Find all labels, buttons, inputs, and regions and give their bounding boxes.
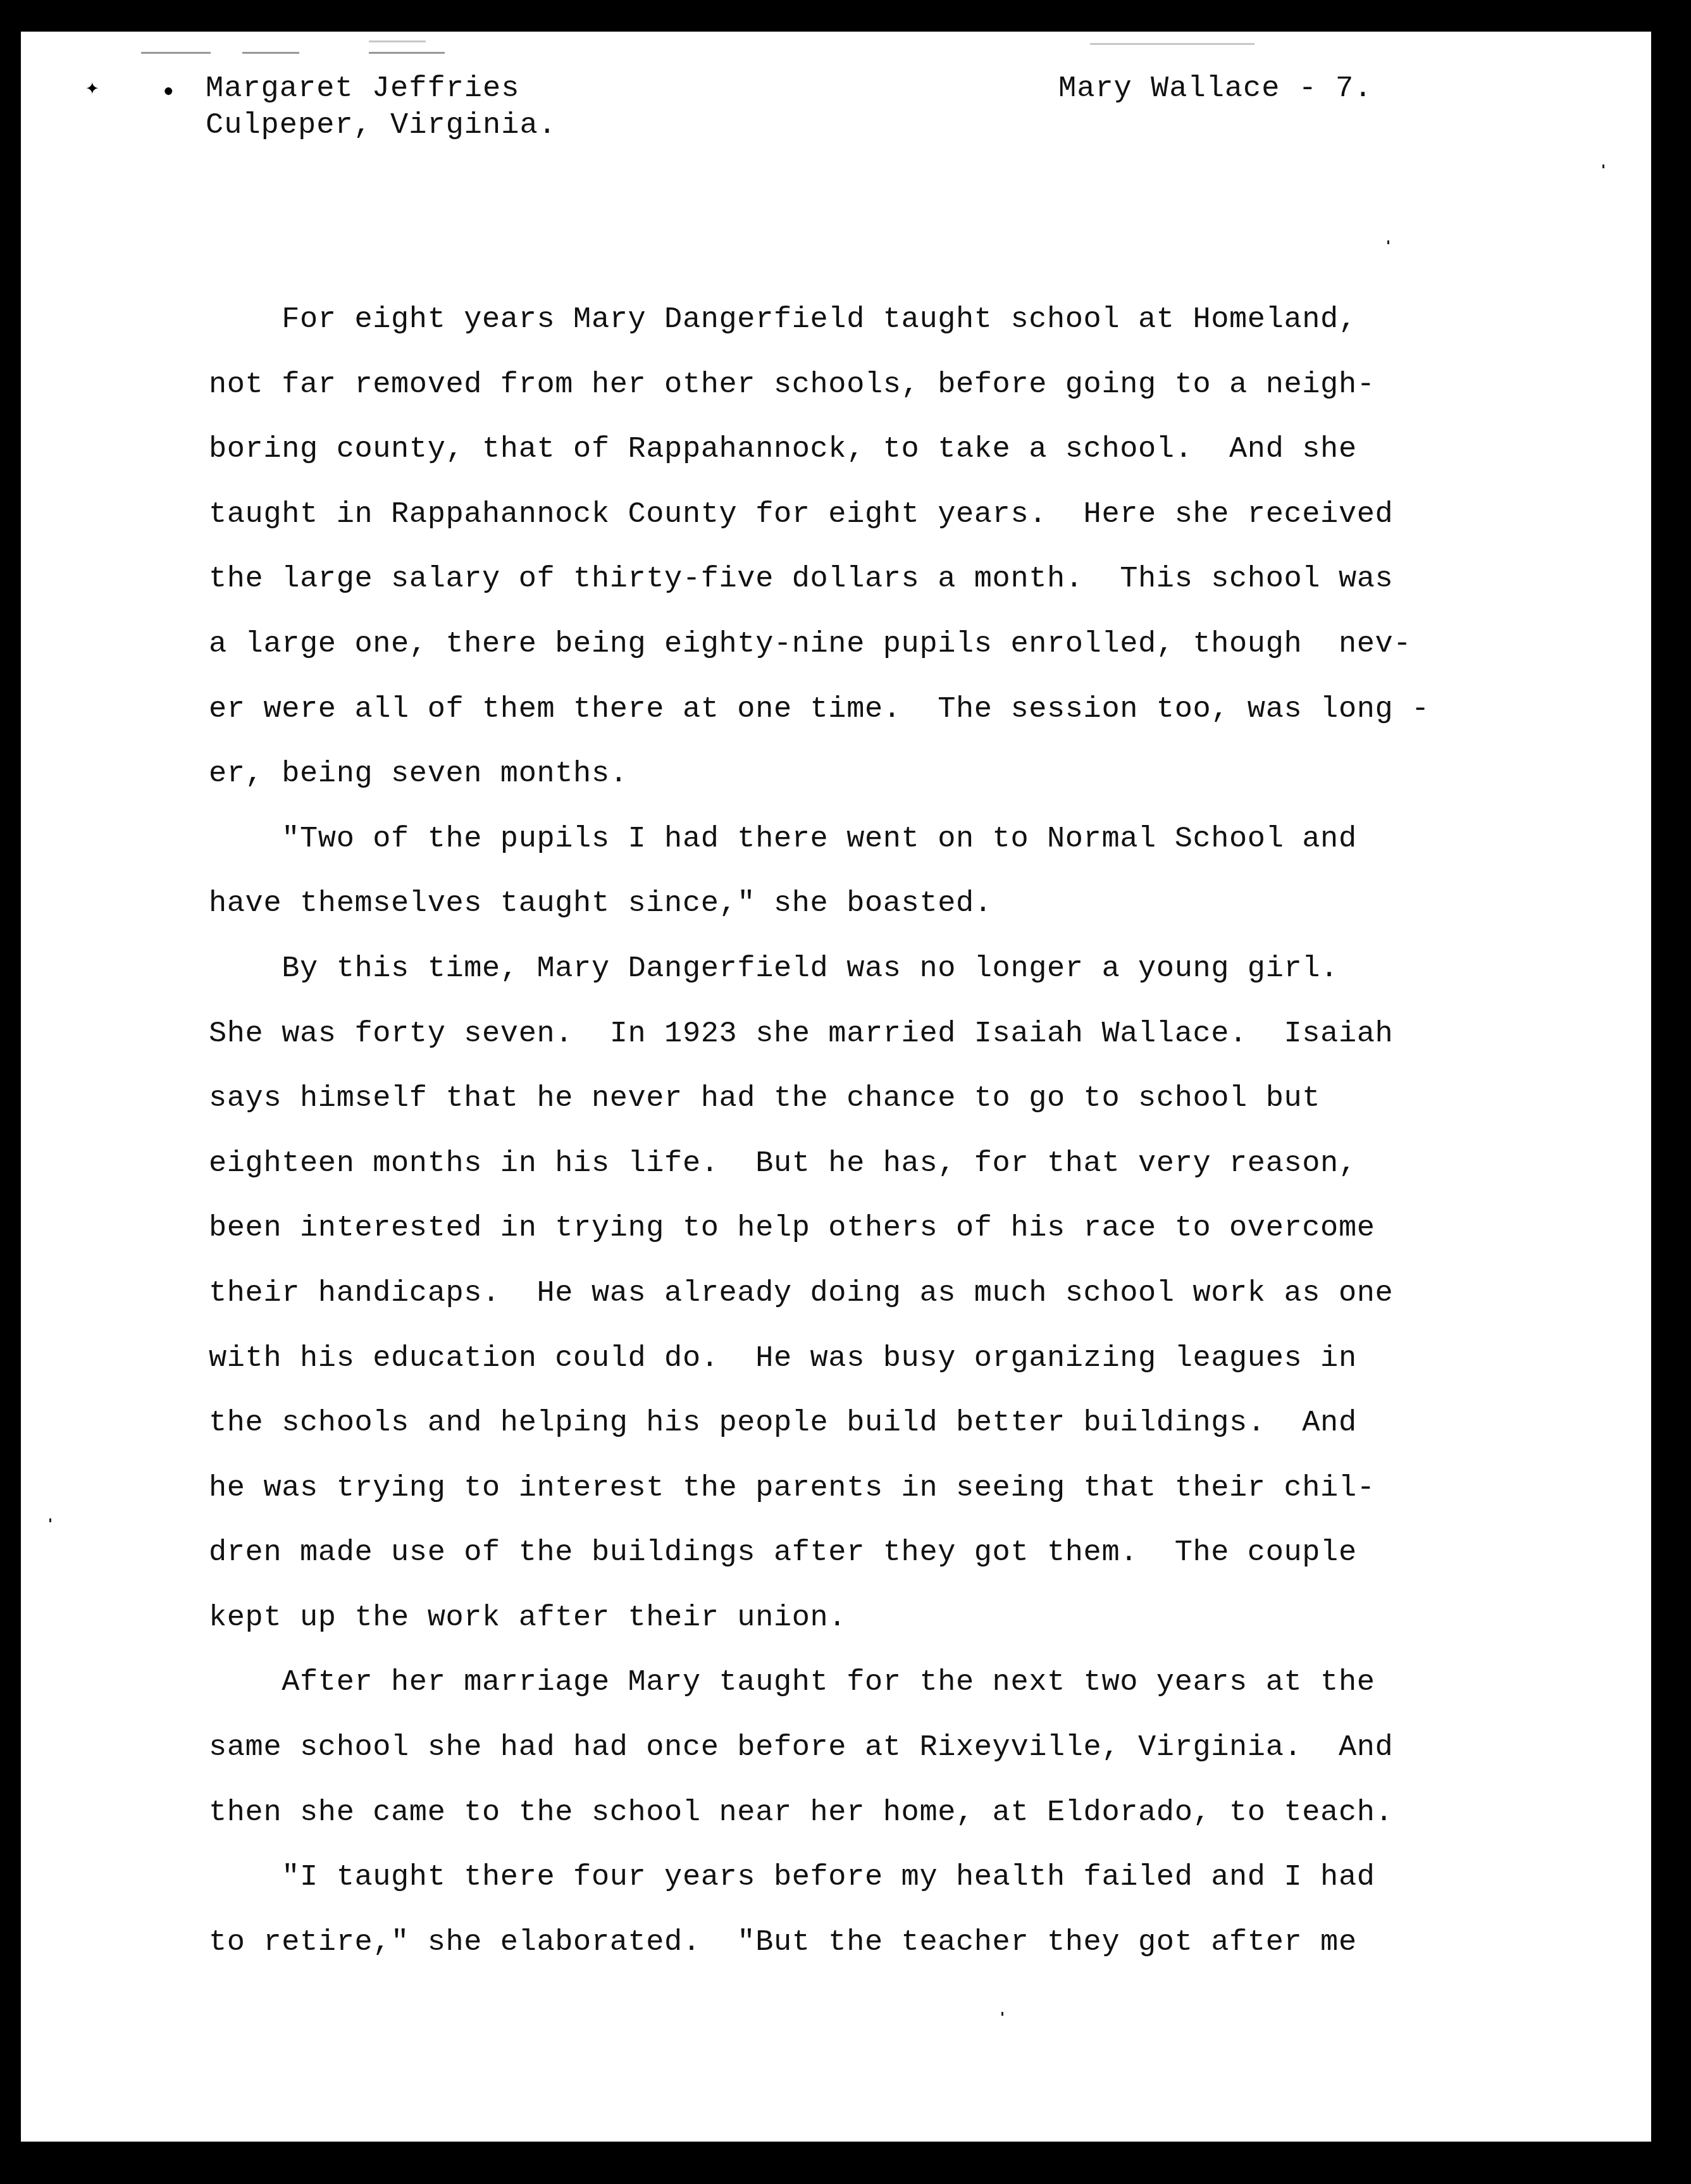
- body-line: dren made use of the buildings after the…: [209, 1521, 1537, 1586]
- author-name: Margaret Jeffries: [206, 71, 557, 108]
- body-line: "I taught there four years before my hea…: [209, 1846, 1537, 1911]
- body-line: "Two of the pupils I had there went on t…: [209, 807, 1537, 872]
- body-line: She was forty seven. In 1923 she married…: [209, 1002, 1537, 1067]
- body-line: their handicaps. He was already doing as…: [209, 1262, 1537, 1327]
- body-line: taught in Rappahannock County for eight …: [209, 483, 1537, 548]
- body-line: For eight years Mary Dangerfield taught …: [209, 288, 1537, 353]
- body-line: After her marriage Mary taught for the n…: [209, 1651, 1537, 1716]
- faint-header-artifact: [141, 38, 1533, 63]
- body-line: er were all of them there at one time. T…: [209, 678, 1537, 743]
- speck: [1602, 164, 1604, 168]
- document-page: ✦ ● Margaret Jeffries Culpeper, Virginia…: [21, 32, 1651, 2142]
- body-line: been interested in trying to help others…: [209, 1196, 1537, 1262]
- author-block: Margaret Jeffries Culpeper, Virginia.: [206, 71, 557, 144]
- body-line: to retire," she elaborated. "But the tea…: [209, 1911, 1537, 1976]
- body-line: then she came to the school near her hom…: [209, 1781, 1537, 1846]
- speck: [49, 1518, 51, 1522]
- body-line: not far removed from her other schools, …: [209, 353, 1537, 418]
- body-line: the large salary of thirty-five dollars …: [209, 547, 1537, 612]
- body-line: kept up the work after their union.: [209, 1586, 1537, 1651]
- body-line: the schools and helping his people build…: [209, 1391, 1537, 1456]
- body-line: with his education could do. He was busy…: [209, 1327, 1537, 1392]
- body-line: boring county, that of Rappahannock, to …: [209, 418, 1537, 483]
- bullet-mark-icon: ●: [163, 84, 174, 101]
- body-line: eighteen months in his life. But he has,…: [209, 1132, 1537, 1197]
- body-line: same school she had had once before at R…: [209, 1716, 1537, 1781]
- body-line: er, being seven months.: [209, 742, 1537, 807]
- body-line: By this time, Mary Dangerfield was no lo…: [209, 937, 1537, 1002]
- body-line: have themselves taught since," she boast…: [209, 872, 1537, 937]
- body-line: says himself that he never had the chanc…: [209, 1067, 1537, 1132]
- body-line: he was trying to interest the parents in…: [209, 1456, 1537, 1522]
- body-text: For eight years Mary Dangerfield taught …: [209, 288, 1537, 1975]
- speck: [1387, 240, 1389, 244]
- speck: [1001, 2012, 1003, 2016]
- page-label: Mary Wallace - 7.: [1058, 71, 1372, 108]
- stray-mark-icon: ✦: [85, 77, 99, 100]
- body-line: a large one, there being eighty-nine pup…: [209, 612, 1537, 678]
- author-location: Culpeper, Virginia.: [206, 108, 557, 144]
